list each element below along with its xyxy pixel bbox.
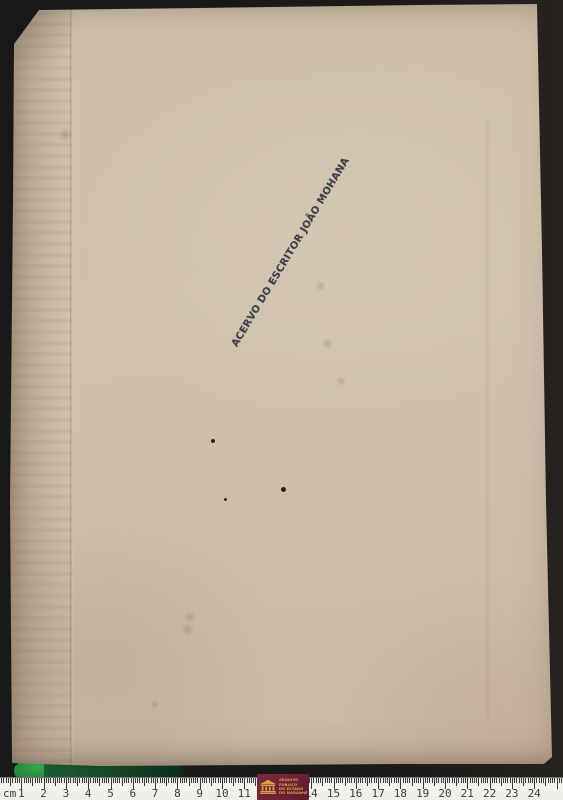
ruler-tick [327,778,328,783]
ruler-tick [139,778,140,783]
ruler-tick [106,778,107,783]
ruler-tick [409,778,410,783]
ruler-tick [102,778,103,783]
ruler-tick [548,778,549,783]
ruler-tick [313,778,314,783]
ruler-tick [148,778,149,783]
crease-line [70,0,73,768]
paper-vignette [0,0,563,768]
ruler-tick [470,778,471,783]
ruler-tick [204,778,205,783]
ruler-number: 11 [238,787,251,800]
pencil-smudge [181,623,194,636]
ruler-number: 24 [528,787,541,800]
ruler-tick [146,778,147,783]
ruler-tick [73,778,74,783]
ruler-tick [135,778,136,783]
ruler-tick [173,778,174,783]
ruler-tick [407,778,408,783]
ruler-number: 19 [416,787,429,800]
ruler-tick [447,778,448,783]
ruler-number: 2 [40,787,47,800]
ruler-tick [197,778,198,783]
ruler-number: 8 [174,787,181,800]
ruler-tick [224,778,225,783]
ruler-tick [396,778,397,783]
spine-strip [10,0,72,768]
ruler-tick [59,778,60,783]
ruler-tick [528,778,529,783]
ruler-tick [251,778,252,783]
ruler-tick [82,778,83,783]
ruler-tick [349,778,350,783]
ruler-tick [454,778,455,783]
ruler-tick [175,778,176,783]
ruler-tick [75,778,76,783]
ruler-tick [93,778,94,783]
ruler-tick [86,778,87,783]
ruler-tick [458,778,459,783]
ruler-number: 15 [327,787,340,800]
ruler-tick [389,778,390,786]
ruler-tick [46,778,47,783]
ruler-tick [539,778,540,783]
ruler-tick [358,778,359,783]
ruler-tick [365,778,366,783]
ruler-tick [153,778,154,783]
ruler-tick [371,778,372,783]
ruler-tick [37,778,38,783]
ruler-number: 21 [461,787,474,800]
ruler-tick [414,778,415,783]
ruler-tick [530,778,531,783]
ruler-number: 16 [349,787,362,800]
ruler-tick [157,778,158,783]
ruler-tick [514,778,515,783]
ruler-tick [61,778,62,783]
ruler-tick [240,778,241,783]
ruler-tick [309,778,310,783]
ruler-tick [463,778,464,783]
ruler-number: 18 [394,787,407,800]
ruler-number: 10 [215,787,228,800]
ruler-tick [191,778,192,783]
ruler-tick [554,778,555,783]
ruler-tick [519,778,520,783]
ruler-tick [142,778,143,783]
ruler-tick [19,778,20,783]
ruler-tick [394,778,395,783]
ruler-tick [516,778,517,783]
ruler-tick [119,778,120,783]
ruler-tick [492,778,493,783]
ruler-tick [505,778,506,783]
ruler-tick [182,778,183,783]
ruler-tick [374,778,375,783]
ruler-tick [391,778,392,783]
ruler-tick [126,778,127,783]
logo-text-line: DO MARANHÃO [279,791,307,795]
ruler-tick [380,778,381,783]
ruler-tick [26,778,27,783]
ruler-tick [235,778,236,783]
ruler-tick [122,778,123,786]
ruler-tick [32,778,33,786]
ruler-tick [97,778,98,783]
ruler-tick [552,778,553,783]
ruler-tick [412,778,413,786]
ruler-tick [427,778,428,783]
archive-logo: ARQUIVOPÚBLICODO ESTADODO MARANHÃO [257,774,309,800]
ruler-tick [39,778,40,783]
ruler-number: 5 [107,787,114,800]
ruler-tick [347,778,348,783]
ruler-tick [215,778,216,783]
ruler-tick [17,778,18,783]
ruler-tick [160,778,161,783]
ruler-tick [561,778,562,783]
ink-dot [211,439,215,443]
ruler-tick [104,778,105,783]
ruler-tick [521,778,522,783]
ruler-tick [338,778,339,783]
ruler-tick [171,778,172,783]
ruler-tick [218,778,219,783]
ruler-tick [137,778,138,783]
ruler-number: 9 [196,787,203,800]
ruler-tick [195,778,196,783]
ruler-tick [162,778,163,783]
ruler-tick [325,778,326,783]
ruler-tick [507,778,508,783]
ruler-tick [476,778,477,783]
ruler-tick [474,778,475,783]
ruler-tick [168,778,169,783]
ruler-tick [233,778,234,786]
ruler-tick [213,778,214,783]
ruler-tick [487,778,488,783]
ruler-tick [55,778,56,786]
ruler-tick [485,778,486,783]
ruler-tick [557,778,558,789]
ink-dot [281,487,286,492]
ruler-tick [242,778,243,783]
scan-background: ACERVO DO ESCRITOR JOÃO MOHANA cm 123456… [0,0,563,800]
ruler-tick [336,778,337,783]
ruler-tick [316,778,317,783]
ruler-tick [48,778,49,783]
document-cover: ACERVO DO ESCRITOR JOÃO MOHANA [0,0,563,768]
ruler-tick [541,778,542,783]
pencil-smudge [322,338,333,349]
ruler-tick [320,778,321,783]
ruler-tick [79,778,80,783]
ruler-tick [164,778,165,783]
ruler-tick [340,778,341,783]
ruler-tick [362,778,363,783]
ruler-tick [383,778,384,783]
ruler-tick [12,778,13,783]
ruler-tick [510,778,511,783]
ruler-tick [117,778,118,783]
ruler-number: 23 [505,787,518,800]
ruler-tick [115,778,116,783]
ruler-tick [35,778,36,783]
ruler-tick [418,778,419,783]
ruler-tick [367,778,368,786]
ruler-tick [436,778,437,783]
ruler-tick [84,778,85,783]
pencil-smudge [150,700,159,709]
ruler-tick [206,778,207,783]
ruler-tick [545,778,546,786]
ruler-tick [229,778,230,783]
ruler-tick [70,778,71,783]
ruler-tick [30,778,31,783]
ruler-tick [186,778,187,783]
ruler-tick [238,778,239,783]
ruler-tick [523,778,524,786]
ruler-tick [472,778,473,783]
ruler-number: 20 [438,787,451,800]
ruler-tick [249,778,250,783]
ruler-number: 4 [85,787,92,800]
ruler-tick [3,778,4,783]
ruler-tick [189,778,190,786]
ruler-tick [247,778,248,783]
ruler-tick [438,778,439,783]
ruler-tick [345,778,346,786]
ruler-tick [211,778,212,786]
ruler-tick [342,778,343,783]
ruler-tick [559,778,560,783]
ruler-tick [387,778,388,783]
ruler-tick [220,778,221,783]
ruler-tick [128,778,129,783]
ruler-tick [90,778,91,783]
ruler-tick [41,778,42,783]
ruler-tick [403,778,404,783]
ruler-tick [184,778,185,783]
ruler-tick [405,778,406,783]
ruler-number: 1 [18,787,25,800]
ink-dot [224,498,227,501]
ruler-tick [131,778,132,783]
pencil-smudge [316,281,326,291]
ruler-tick [441,778,442,783]
ruler-tick [331,778,332,783]
corner-shade [10,4,80,74]
ruler-tick [536,778,537,783]
ruler-tick [253,778,254,783]
archive-building-icon [259,779,277,795]
ruler-tick [113,778,114,783]
ruler-tick [465,778,466,783]
ruler-tick [385,778,386,783]
ruler-tick [322,778,323,786]
ruler-tick [360,778,361,783]
ruler-tick [494,778,495,783]
ruler-tick [15,778,16,783]
ruler-tick [193,778,194,783]
ruler-tick [429,778,430,783]
ruler-number: 6 [129,787,136,800]
ruler-tick [532,778,533,783]
ruler-tick [77,778,78,786]
ruler-tick [501,778,502,786]
ruler-tick [503,778,504,783]
ruler-tick [151,778,152,783]
ruler-tick [550,778,551,783]
collection-stamp: ACERVO DO ESCRITOR JOÃO MOHANA [230,156,354,350]
ruler-number: 22 [483,787,496,800]
ruler-tick [108,778,109,783]
ruler-tick [525,778,526,783]
ruler-tick [10,778,11,786]
ruler-tick [53,778,54,783]
ruler-number: 7 [152,787,159,800]
ruler-number: 17 [371,787,384,800]
ruler-tick [99,778,100,786]
ruler-tick [124,778,125,783]
ruler-tick [57,778,58,783]
ruler-tick [443,778,444,783]
ruler-tick [416,778,417,783]
ruler-tick [209,778,210,783]
ruler-tick [478,778,479,786]
ruler-tick [376,778,377,783]
ruler-tick [483,778,484,783]
ruler-tick [481,778,482,783]
ruler-tick [461,778,462,783]
ruler-tick [6,778,7,783]
ruler-tick [226,778,227,783]
ruler-tick [543,778,544,783]
ruler-tick [95,778,96,783]
ruler-tick [64,778,65,783]
ruler-tick [452,778,453,783]
ruler-tick [8,778,9,783]
ruler-tick [202,778,203,783]
ruler-tick [1,778,2,783]
ruler-tick [231,778,232,783]
ruler-tick [68,778,69,783]
ruler-number: 3 [63,787,70,800]
ruler-tick [398,778,399,783]
ruler-tick [449,778,450,783]
ruler-tick [24,778,25,783]
ruler-tick [425,778,426,783]
ruler-tick [432,778,433,783]
paper-streak [486,120,492,720]
ruler-tick [50,778,51,783]
ruler-tick [456,778,457,786]
pencil-smudge [336,376,346,386]
ruler-tick [166,778,167,786]
ruler-tick [28,778,29,783]
ruler-tick [329,778,330,783]
ruler-tick [351,778,352,783]
ruler-tick [354,778,355,783]
ruler-tick [180,778,181,783]
ruler-tick [496,778,497,783]
ruler-tick [420,778,421,783]
pencil-smudge [184,611,196,623]
ruler-unit-label: cm [3,787,16,800]
ruler-tick [144,778,145,786]
ruler-tick [434,778,435,786]
ruler-tick [369,778,370,783]
pencil-smudge [58,128,72,142]
archive-logo-text: ARQUIVOPÚBLICODO ESTADODO MARANHÃO [279,778,307,796]
ruler-tick [499,778,500,783]
ruler-tick [318,778,319,783]
